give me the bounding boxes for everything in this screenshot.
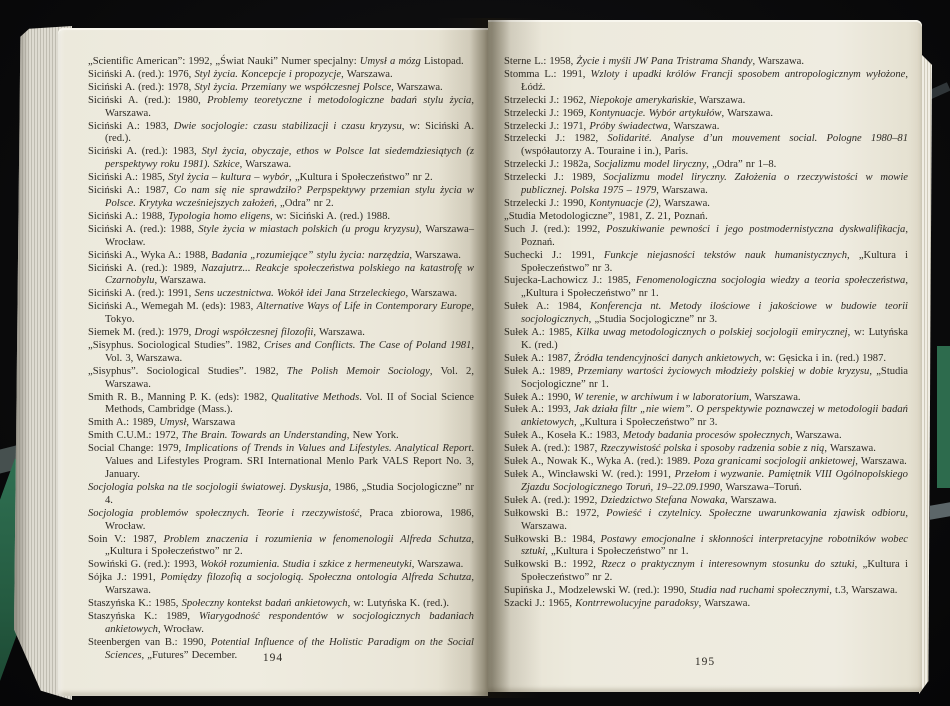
bibliography-entry: Sułek A.: 1984, Konferencja nt. Metody i… xyxy=(521,301,908,327)
bibliography-entry: „Scientific American”: 1992, „Świat Nauk… xyxy=(105,56,474,69)
bibliography-entry: Siciński A.: 1985, Styl życia – kultura … xyxy=(105,172,474,185)
bibliography-entry: Siciński A. (red.): 1988, Style życia w … xyxy=(105,224,474,250)
bibliography-entry: Socjologia polska na tle socjologii świa… xyxy=(105,482,474,508)
right-page-entries: Sterne L.: 1958, Życie i myśli JW Pana T… xyxy=(504,56,908,611)
bibliography-entry: Siciński A. (red.): 1976, Styl życia. Ko… xyxy=(105,69,474,82)
bibliography-entry: Sułkowski B.: 1992, Rzecz o praktycznym … xyxy=(521,559,908,585)
bibliography-entry: Smith C.U.M.: 1972, The Brain. Towards a… xyxy=(105,430,474,443)
bibliography-entry: Soin V.: 1987, Problem znaczenia i rozum… xyxy=(105,534,474,560)
bibliography-entry: Strzelecki J.: 1962, Niepokoje amerykańs… xyxy=(521,95,908,108)
bibliography-entry: Sułkowski B.: 1972, Powieść i czytelnicy… xyxy=(521,508,908,534)
bibliography-entry: Sułek A., Nowak K., Wyka A. (red.): 1989… xyxy=(521,456,908,469)
bibliography-entry: Smith A.: 1989, Umysł, Warszawa xyxy=(105,417,474,430)
bibliography-entry: Szacki J.: 1965, Kontrrewolucyjne parado… xyxy=(521,598,908,611)
bibliography-entry: Sułek A. (red.): 1992, Dziedzictwo Stefa… xyxy=(521,495,908,508)
bibliography-entry: Smith R. B., Manning P. K. (eds): 1982, … xyxy=(105,392,474,418)
bibliography-entry: „Sisyphus”. Sociological Studies”. 1982,… xyxy=(105,366,474,392)
book-page-right: Sterne L.: 1958, Życie i myśli JW Pana T… xyxy=(488,20,922,692)
bibliography-entry: Strzelecki J.: 1982a, Socjalizmu model l… xyxy=(521,159,908,172)
background-green-band-right xyxy=(937,346,950,488)
bibliography-entry: Sułek A., Koseła K.: 1983, Metody badani… xyxy=(521,430,908,443)
bibliography-entry: Siciński A., Wyka A.: 1988, Badania „roz… xyxy=(105,250,474,263)
bibliography-entry: Sójka J.: 1991, Pomiędzy filozofią a soc… xyxy=(105,572,474,598)
bibliography-entry: Strzelecki J.: 1969, Kontynuacje. Wybór … xyxy=(521,108,908,121)
page-number-left: 194 xyxy=(58,652,488,664)
bibliography-entry: Siciński A. (red.): 1991, Sens uczestnic… xyxy=(105,288,474,301)
bibliography-entry: Strzelecki J.: 1989, Socjalizmu model li… xyxy=(521,172,908,198)
bibliography-entry: Siciński A. (red.): 1989, Nazajutrz... R… xyxy=(105,263,474,289)
bibliography-entry: Siciński A. (red.): 1980, Problemy teore… xyxy=(105,95,474,121)
bibliography-entry: Sułek A.: 1985, Kilka uwag metodologiczn… xyxy=(521,327,908,353)
background-gray-stripe-right xyxy=(930,502,950,520)
bibliography-entry: Sułek A.: 1989, Przemiany wartości życio… xyxy=(521,366,908,392)
bibliography-entry: Siciński A.: 1983, Dwie socjologie: czas… xyxy=(105,121,474,147)
bibliography-entry: Social Change: 1979, Implications of Tre… xyxy=(105,443,474,482)
bibliography-entry: Sterne L.: 1958, Życie i myśli JW Pana T… xyxy=(521,56,908,69)
bibliography-entry: Strzelecki J.: 1971, Próby świadectwa, W… xyxy=(521,121,908,134)
bibliography-entry: Sułek A. (red.): 1987, Rzeczywistość pol… xyxy=(521,443,908,456)
bibliography-entry: Siciński A., Wemegah M. (eds): 1983, Alt… xyxy=(105,301,474,327)
left-page-entries: „Scientific American”: 1992, „Świat Nauk… xyxy=(88,56,474,663)
bibliography-entry: Sułek A.: 1993, Jak działa filtr „nie wi… xyxy=(521,404,908,430)
bibliography-entry: Staszyńska K.: 1985, Społeczny kontekst … xyxy=(105,598,474,611)
bibliography-entry: Sułek A., Wincławski W. (red.): 1991, Pr… xyxy=(521,469,908,495)
bibliography-entry: Sujecka-Lachowicz J.: 1985, Fenomenologi… xyxy=(521,275,908,301)
bibliography-entry: Siciński A.: 1987, Co nam się nie sprawd… xyxy=(105,185,474,211)
bibliography-entry: „Sisyphus. Sociological Studies”. 1982, … xyxy=(105,340,474,366)
bibliography-entry: Siciński A. (red.): 1983, Styl życia, ob… xyxy=(105,146,474,172)
bibliography-entry: Suchecki J.: 1991, Funkcje niejasności t… xyxy=(521,250,908,276)
bibliography-entry: Strzelecki J.: 1990, Kontynuacje (2), Wa… xyxy=(521,198,908,211)
bibliography-entry: Siciński A. (red.): 1978, Styl życia. Pr… xyxy=(105,82,474,95)
book-page-left: „Scientific American”: 1992, „Świat Nauk… xyxy=(58,28,488,696)
bibliography-entry: „Studia Metodologiczne”, 1981, Z. 21, Po… xyxy=(521,211,908,224)
bibliography-entry: Socjologia problemów społecznych. Teorie… xyxy=(105,508,474,534)
bibliography-entry: Siciński A.: 1988, Typologia homo eligen… xyxy=(105,211,474,224)
bibliography-entry: Siemek M. (red.): 1979, Drogi współczesn… xyxy=(105,327,474,340)
bibliography-entry: Sułkowski B.: 1984, Postawy emocjonalne … xyxy=(521,534,908,560)
bibliography-entry: Sowiński G. (red.): 1993, Wokół rozumien… xyxy=(105,559,474,572)
page-number-right: 195 xyxy=(488,656,922,668)
bibliography-entry: Stomma L.: 1991, Wzloty i upadki królów … xyxy=(521,69,908,95)
photo-background: „Scientific American”: 1992, „Świat Nauk… xyxy=(0,0,950,706)
bibliography-entry: Sułek A.: 1987, Źródła tendencyjności da… xyxy=(521,353,908,366)
bibliography-entry: Sułek A.: 1990, W terenie, w archiwum i … xyxy=(521,392,908,405)
bibliography-entry: Strzelecki J.: 1982, Solidarité. Analyse… xyxy=(521,133,908,159)
bibliography-entry: Such J. (red.): 1992, Poszukiwanie pewno… xyxy=(521,224,908,250)
bibliography-entry: Staszyńska K.: 1989, Wiarygodność respon… xyxy=(105,611,474,637)
bibliography-entry: Supińska J., Modzelewski W. (red.): 1990… xyxy=(521,585,908,598)
